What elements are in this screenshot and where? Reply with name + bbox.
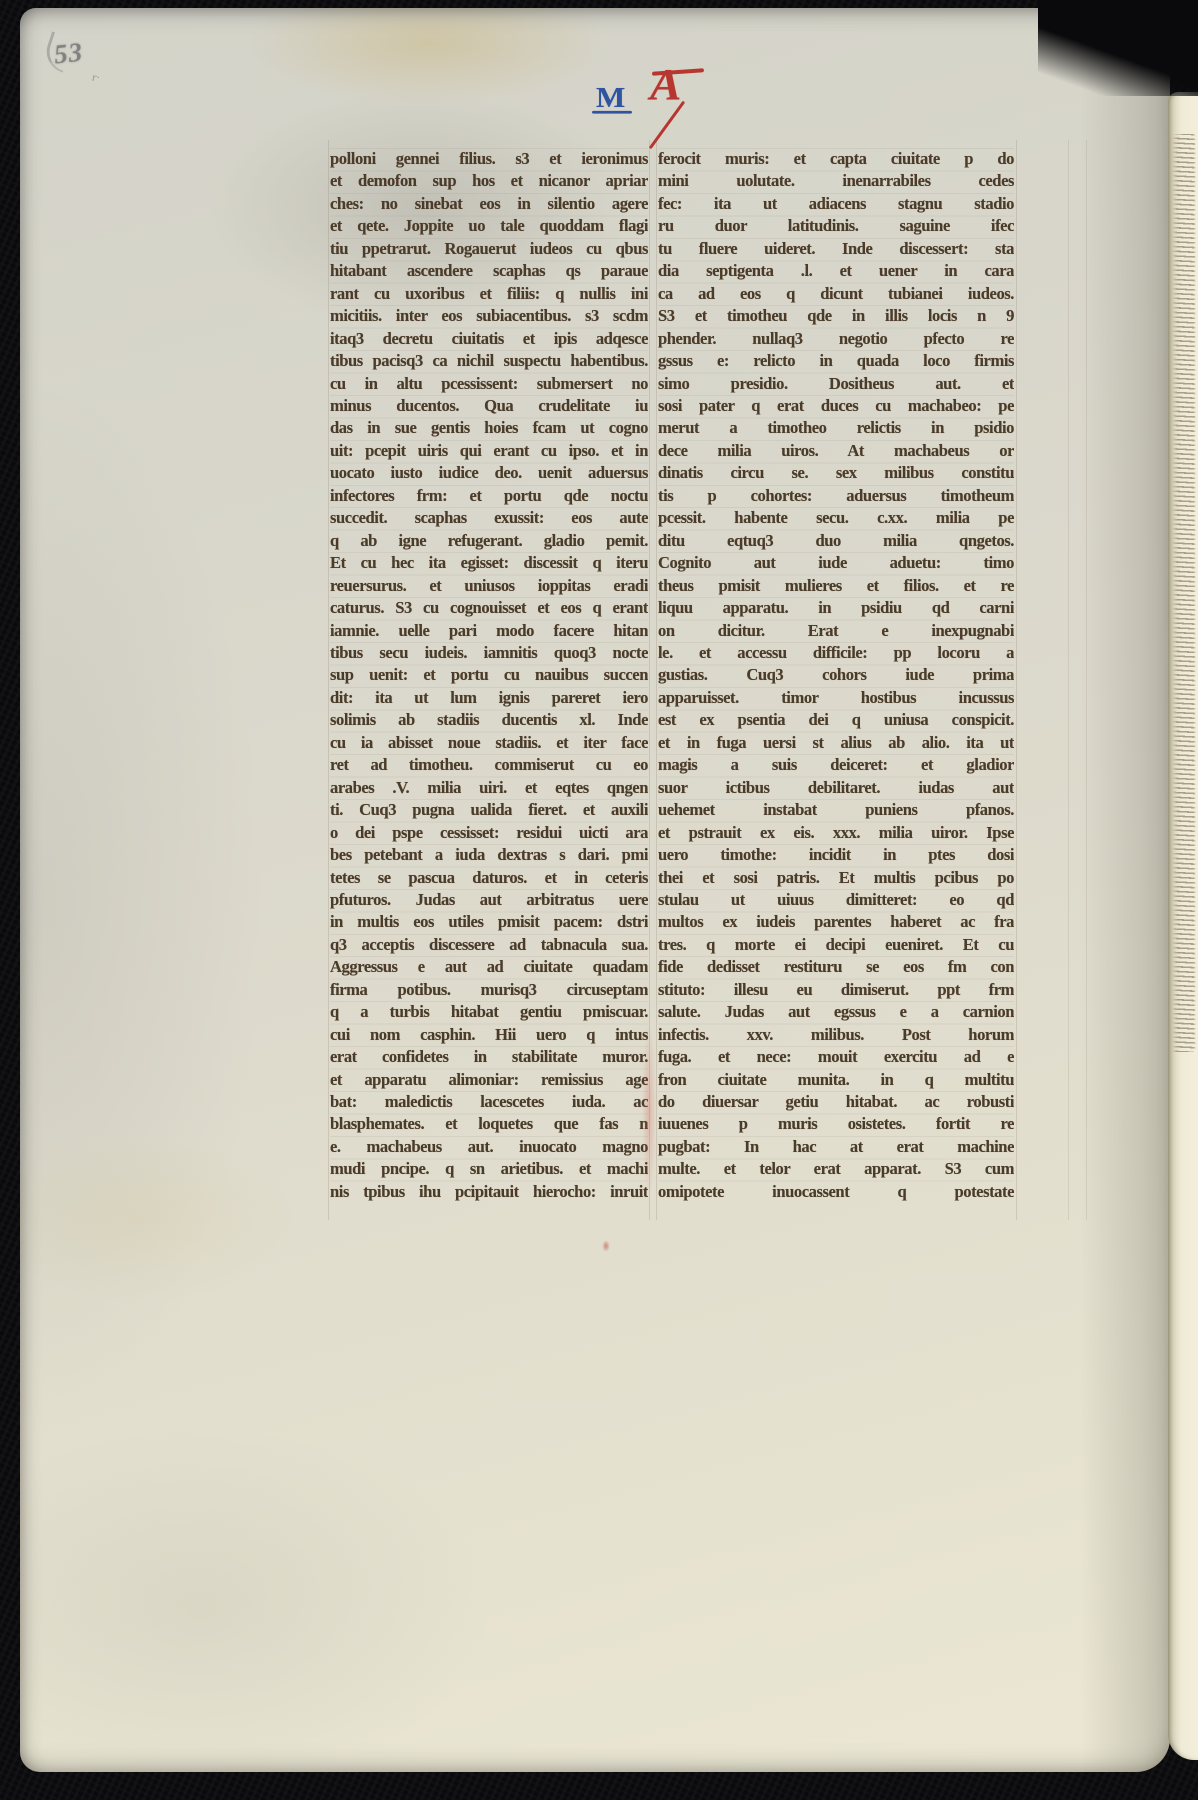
text-line: solimis ab stadiis ducentis xl. Inde: [330, 709, 648, 732]
text-column-right: ferocit muris: et capta ciuitate p domin…: [658, 148, 1014, 1203]
folio-recto-mark: r·: [92, 70, 100, 85]
text-line: mudi pncipe. q sn arietibus. et machi: [330, 1158, 648, 1181]
text-line: ti. Cuq3 pugna ualida fieret. et auxili: [330, 799, 648, 822]
text-line: dinatis circu se. sex milibus constitu: [658, 462, 1014, 485]
text-line: q3 acceptis discessere ad tabnacula sua.: [330, 933, 648, 956]
text-line: fide dedisset restituru se eos fm con: [658, 956, 1014, 979]
text-line: q a turbis hitabat gentiu pmiscuar.: [330, 1001, 648, 1024]
manuscript-photo: 53 r· M A polloni gennei filius. s3 et i…: [0, 0, 1198, 1800]
red-ink-bleed-mark: [642, 1020, 656, 1200]
text-line: on dicitur. Erat e inexpugnabi: [658, 619, 1014, 642]
text-line: tu fluere uideret. Inde discessert: sta: [658, 237, 1014, 260]
text-line: e. machabeus aut. inuocato magno: [330, 1135, 648, 1158]
text-line: ditu eqtuq3 duo milia qngetos.: [658, 529, 1014, 552]
text-line: est ex psentia dei q uniusa conspicit.: [658, 709, 1014, 732]
text-line: o dei pspe cessisset: residui uicti ara: [330, 821, 648, 844]
text-line: thei et sosi patris. Et multis pcibus po: [658, 866, 1014, 889]
text-line: tiu ppetrarut. Rogauerut iudeos cu qbus: [330, 237, 648, 260]
text-line: ca ad eos q dicunt tubianei iudeos.: [658, 282, 1014, 305]
running-title-letter-m: M: [596, 81, 625, 114]
text-line: itaq3 decretu ciuitatis et ipis adqesce: [330, 327, 648, 350]
text-line: bat: maledictis lacescetes iuda. ac: [330, 1091, 648, 1114]
text-line: omipotete inuocassent q potestate: [658, 1180, 1014, 1203]
text-line: apparuisset. timor hostibus incussus: [658, 686, 1014, 709]
text-line: fron ciuitate munita. in q multitu: [658, 1068, 1014, 1091]
text-line: minus ducentos. Qua crudelitate iu: [330, 395, 648, 418]
text-line: pfuturos. Judas aut arbitratus uere: [330, 889, 648, 912]
text-line: dece milia uiros. At machabeus or: [658, 439, 1014, 462]
background-shadow: [1038, 0, 1198, 96]
text-line: ru duor latitudinis. saguine ifec: [658, 215, 1014, 238]
text-line: phender. nullaq3 negotio pfecto re: [658, 327, 1014, 350]
text-line: Aggressus e aut ad ciuitate quadam: [330, 956, 648, 979]
next-leaf-fore-edge: [1168, 92, 1198, 1760]
text-line: uit: pcepit uiris qui erant cu ipso. et …: [330, 439, 648, 462]
text-line: et demofon sup hos et nicanor apriar: [330, 170, 648, 193]
text-line: multe. et telor erat apparat. S3 cum: [658, 1158, 1014, 1181]
next-leaf-text-edge: [1172, 134, 1196, 1052]
text-line: reuersurus. et uniusos ioppitas eradi: [330, 574, 648, 597]
text-line: S3 et timotheu qde in illis locis n 9: [658, 305, 1014, 328]
text-line: pcessit. habente secu. c.xx. milia pe: [658, 507, 1014, 530]
text-line: Cognito aut iude aduetu: timo: [658, 552, 1014, 575]
text-line: blasphemates. et loquetes que fas n: [330, 1113, 648, 1136]
text-line: iuuenes p muris osistetes. fortit re: [658, 1113, 1014, 1136]
text-line: theus pmisit mulieres et filios. et re: [658, 574, 1014, 597]
text-line: arabes .V. milia uiri. et eqtes qngen: [330, 776, 648, 799]
text-line: tibus secu iudeis. iamnitis quoq3 nocte: [330, 642, 648, 665]
text-line: pugbat: In hac at erat machine: [658, 1135, 1014, 1158]
text-line: cu in altu pcessissent: submersert no: [330, 372, 648, 395]
running-title-letter-a: A: [650, 59, 681, 110]
text-line: iamnie. uelle pari modo facere hitan: [330, 619, 648, 642]
text-line: uero timothe: incidit in ptes dosi: [658, 844, 1014, 867]
text-line: suor ictibus debilitaret. iudas aut: [658, 776, 1014, 799]
text-line: et in fuga uersi st alius ab alio. ita u…: [658, 731, 1014, 754]
text-line: liquu apparatu. in psidiu qd carni: [658, 597, 1014, 620]
text-line: caturus. S3 cu cognouisset et eos q eran…: [330, 597, 648, 620]
red-ink-speck: [602, 1240, 610, 1252]
text-line: tibus pacisq3 ca nichil suspectu habenti…: [330, 350, 648, 373]
text-line: tres. q morte ei decipi eueniret. Et cu: [658, 933, 1014, 956]
text-line: et pstrauit ex eis. xxx. milia uiror. Ip…: [658, 821, 1014, 844]
text-line: erat confidetes in stabilitate muror.: [330, 1046, 648, 1069]
ruling-line: [656, 140, 657, 1220]
text-line: cu ia abisset noue stadiis. et iter face: [330, 731, 648, 754]
text-line: tetes se pascua daturos. et in ceteris: [330, 866, 648, 889]
text-line: ches: no sinebat eos in silentio agere: [330, 192, 648, 215]
text-line: do diuersar getiu hitabat. ac robusti: [658, 1091, 1014, 1114]
text-line: ret ad timotheu. commiserut cu eo: [330, 754, 648, 777]
text-line: uehemet instabat puniens pfanos.: [658, 799, 1014, 822]
text-line: polloni gennei filius. s3 et ieronimus: [330, 148, 648, 171]
ruling-line: [1016, 140, 1017, 1220]
text-line: salute. Judas aut egssus e a carnion: [658, 1001, 1014, 1024]
parchment-page: 53 r· M A polloni gennei filius. s3 et i…: [20, 8, 1170, 1772]
text-line: cui nom casphin. Hii uero q intus: [330, 1023, 648, 1046]
text-line: le. et accessu difficile: pp locoru a: [658, 642, 1014, 665]
text-line: sup uenit: et portu cu nauibus succen: [330, 664, 648, 687]
text-line: hitabant ascendere scaphas qs paraue: [330, 260, 648, 283]
folio-number: 53: [52, 37, 84, 71]
text-line: ferocit muris: et capta ciuitate p do: [658, 148, 1014, 171]
text-line: nis tpibus ihu pcipitauit hierocho: inru…: [330, 1180, 648, 1203]
text-line: et qete. Joppite uo tale quoddam flagi: [330, 215, 648, 238]
text-line: Et cu hec ita egisset: discessit q iteru: [330, 552, 648, 575]
ruling-line: [328, 140, 329, 1220]
text-line: in multis eos utiles pmisit pacem: dstri: [330, 911, 648, 934]
text-line: sosi pater q erat duces cu machabeo: pe: [658, 395, 1014, 418]
text-line: magis a suis deiceret: et gladior: [658, 754, 1014, 777]
text-line: infectores frm: et portu qde noctu: [330, 484, 648, 507]
text-line: firma potibus. murisq3 circuseptam: [330, 978, 648, 1001]
text-line: infectis. xxv. milibus. Post horum: [658, 1023, 1014, 1046]
text-line: gustias. Cuq3 cohors iude prima: [658, 664, 1014, 687]
page-curve-shadow: [1080, 8, 1170, 1772]
text-line: tis p cohortes: aduersus timotheum: [658, 484, 1014, 507]
text-line: stituto: illesu eu dimiserut. ppt frm: [658, 978, 1014, 1001]
text-line: micitiis. inter eos subiacentibus. s3 sc…: [330, 305, 648, 328]
text-line: gssus e: relicto in quada loco firmis: [658, 350, 1014, 373]
text-line: mini uolutate. inenarrabiles cedes: [658, 170, 1014, 193]
text-line: fec: ita ut adiacens stagnu stadio: [658, 192, 1014, 215]
ruling-line: [1068, 140, 1069, 1220]
text-line: bes petebant a iuda dextras s dari. pmi: [330, 844, 648, 867]
text-column-left: polloni gennei filius. s3 et ieronimuset…: [330, 148, 648, 1203]
text-line: dit: ita ut lum ignis pareret iero: [330, 686, 648, 709]
text-line: q ab igne refugerant. gladio pemit.: [330, 529, 648, 552]
text-line: das in sue gentis hoies fcam ut cogno: [330, 417, 648, 440]
text-line: uocato iusto iudice deo. uenit aduersus: [330, 462, 648, 485]
text-line: simo presidio. Dositheus aut. et: [658, 372, 1014, 395]
text-line: fuga. et nece: mouit exercitu ad e: [658, 1046, 1014, 1069]
text-line: et apparatu alimoniar: remissius age: [330, 1068, 648, 1091]
text-line: rant cu uxoribus et filiis: q nullis ini: [330, 282, 648, 305]
text-line: merut a timotheo relictis in psidio: [658, 417, 1014, 440]
text-line: stulau ut uiuus dimitteret: eo qd: [658, 889, 1014, 912]
text-line: multos ex iudeis parentes haberet ac fra: [658, 911, 1014, 934]
text-line: dia septigenta .l. et uener in cara: [658, 260, 1014, 283]
text-line: succedit. scaphas exussit: eos aute: [330, 507, 648, 530]
